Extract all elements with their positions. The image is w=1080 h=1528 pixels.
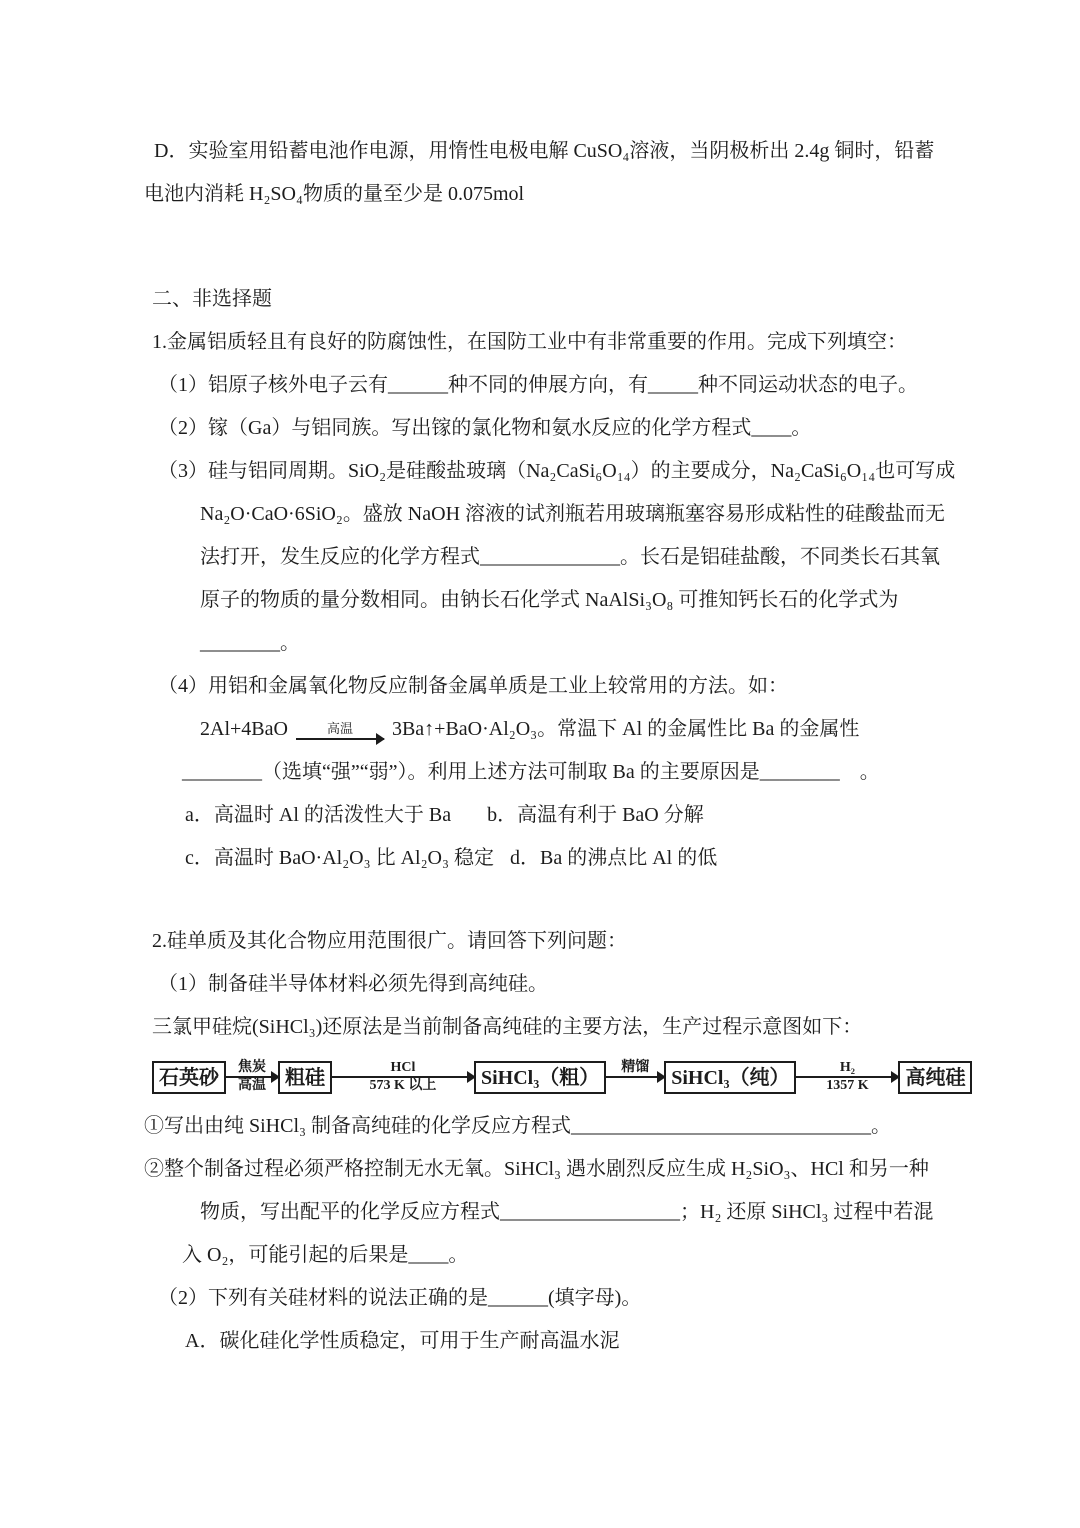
flow-arrow-1-icon: 焦炭 高温 [226, 1060, 278, 1094]
section-gap [144, 216, 974, 278]
arrow-4-top-label: H₂ [840, 1060, 855, 1076]
question-1-part-3-line-1: （3）硅与铝同周期。SiO₂是硅酸盐玻璃（Na₂CaSi₆O₁₄）的主要成分，N… [144, 450, 974, 493]
arrow-3-top-label: 精馏 [621, 1060, 649, 1076]
option-c: c．高温时 BaO·Al₂O₃ 比 Al₂O₃ 稳定 [185, 847, 494, 869]
reaction-lhs: 2Al+4BaO [200, 718, 288, 740]
flow-arrow-3-icon: 精馏 [606, 1060, 664, 1094]
flow-arrow-4-icon: H₂ 1357 K [796, 1060, 898, 1094]
arrow-shaft [606, 1076, 664, 1078]
section-heading: 二、非选择题 [144, 278, 974, 321]
question-1-part-3-line-2: Na₂O·CaO·6SiO₂。盛放 NaOH 溶液的试剂瓶若用玻璃瓶塞容易形成粘… [144, 493, 974, 536]
question-1-part-1: （1）铝原子核外电子云有______种不同的伸展方向，有_____种不同运动状态… [144, 364, 974, 407]
flow-box-sihcl3-pure: SiHCl₃（纯） [664, 1061, 796, 1094]
option-b: b．高温有利于 BaO 分解 [487, 804, 704, 826]
option-d-line-1: D．实验室用铅蓄电池作电源，用惰性电极电解 CuSO₄溶液，当阴极析出 2.4g… [144, 130, 974, 173]
process-flow-diagram: 石英砂 焦炭 高温 粗硅 HCl 573 K 以上 SiHCl₃（粗） 精馏 S… [144, 1049, 974, 1105]
option-d-line-2: 电池内消耗 H₂SO₄物质的量至少是 0.075mol [144, 173, 974, 216]
question-2-circle-2-line-1: ②整个制备过程必须严格控制无水无氧。SiHCl₃ 遇水剧烈反应生成 H₂SiO₃… [144, 1148, 974, 1191]
arrow-1-top-label: 焦炭 [238, 1060, 266, 1076]
question-2-part-2-option-a: A．碳化硅化学性质稳定，可用于生产耐高温水泥 [144, 1320, 974, 1363]
question-1-part-4-line-3: ________（选填“强”“弱”）。利用上述方法可制取 Ba 的主要原因是__… [144, 751, 974, 794]
reaction-condition-arrow-icon: 高温 [296, 722, 384, 740]
arrow-shaft [296, 738, 384, 740]
question-2-stem: 2.硅单质及其化合物应用范围很广。请回答下列问题： [144, 920, 974, 963]
question-2-circle-2-line-3: 入 O₂，可能引起的后果是____。 [144, 1234, 974, 1277]
arrow-shaft [796, 1076, 898, 1078]
question-2-part-2: （2）下列有关硅材料的说法正确的是______(填字母)。 [144, 1277, 974, 1320]
flow-box-crude-silicon: 粗硅 [278, 1061, 332, 1094]
question-1-part-3-line-3: 法打开，发生反应的化学方程式______________。长石是铝硅盐酸，不同类… [144, 536, 974, 579]
section-gap [144, 880, 974, 920]
reaction-rhs: 3Ba↑+BaO·Al₂O₃。常温下 Al 的金属性比 Ba 的金属性 [392, 718, 859, 740]
question-2-circle-2-line-2: 物质，写出配平的化学反应方程式__________________；H₂ 还原 … [144, 1191, 974, 1234]
document-page: D．实验室用铅蓄电池作电源，用惰性电极电解 CuSO₄溶液，当阴极析出 2.4g… [144, 130, 974, 1363]
flow-box-high-purity-silicon: 高纯硅 [898, 1061, 972, 1094]
flow-arrow-2-icon: HCl 573 K 以上 [332, 1060, 474, 1094]
arrow-4-bottom-label: 1357 K [826, 1078, 868, 1094]
options-line-cd: c．高温时 BaO·Al₂O₃ 比 Al₂O₃ 稳定d．Ba 的沸点比 Al 的… [144, 837, 974, 880]
arrow-2-top-label: HCl [391, 1060, 416, 1076]
arrow-1-bottom-label: 高温 [238, 1078, 266, 1094]
question-1-part-2: （2）镓（Ga）与铝同族。写出镓的氯化物和氨水反应的化学方程式____。 [144, 407, 974, 450]
options-line-ab: a．高温时 Al 的活泼性大于 Bab．高温有利于 BaO 分解 [144, 794, 974, 837]
option-a: a．高温时 Al 的活泼性大于 Ba [185, 804, 451, 826]
flow-box-quartz-sand: 石英砂 [152, 1061, 226, 1094]
question-2-intro: 三氯甲硅烷(SiHCl₃)还原法是当前制备高纯硅的主要方法，生产过程示意图如下： [144, 1006, 974, 1049]
question-1-stem: 1.金属铝质轻且有良好的防腐蚀性，在国防工业中有非常重要的作用。完成下列填空： [144, 321, 974, 364]
question-2-part-1: （1）制备硅半导体材料必须先得到高纯硅。 [144, 963, 974, 1006]
flow-box-sihcl3-crude: SiHCl₃（粗） [474, 1061, 606, 1094]
reaction-equation-line: 2Al+4BaO高温3Ba↑+BaO·Al₂O₃。常温下 Al 的金属性比 Ba… [144, 708, 974, 751]
question-1-part-3-line-4: 原子的物质的量分数相同。由钠长石化学式 NaAlSi₃O₈ 可推知钙长石的化学式… [144, 579, 974, 622]
arrow-2-bottom-label: 573 K 以上 [370, 1078, 437, 1094]
option-d-small: d．Ba 的沸点比 Al 的低 [510, 847, 717, 869]
question-1-part-3-blank: ________。 [144, 622, 974, 665]
question-1-part-4-line-1: （4）用铝和金属氧化物反应制备金属单质是工业上较常用的方法。如： [144, 665, 974, 708]
reaction-condition-label: 高温 [296, 722, 384, 735]
arrow-shaft [226, 1076, 278, 1078]
arrow-shaft [332, 1076, 474, 1078]
question-2-circle-1: ①写出由纯 SiHCl₃ 制备高纯硅的化学反应方程式______________… [144, 1105, 974, 1148]
